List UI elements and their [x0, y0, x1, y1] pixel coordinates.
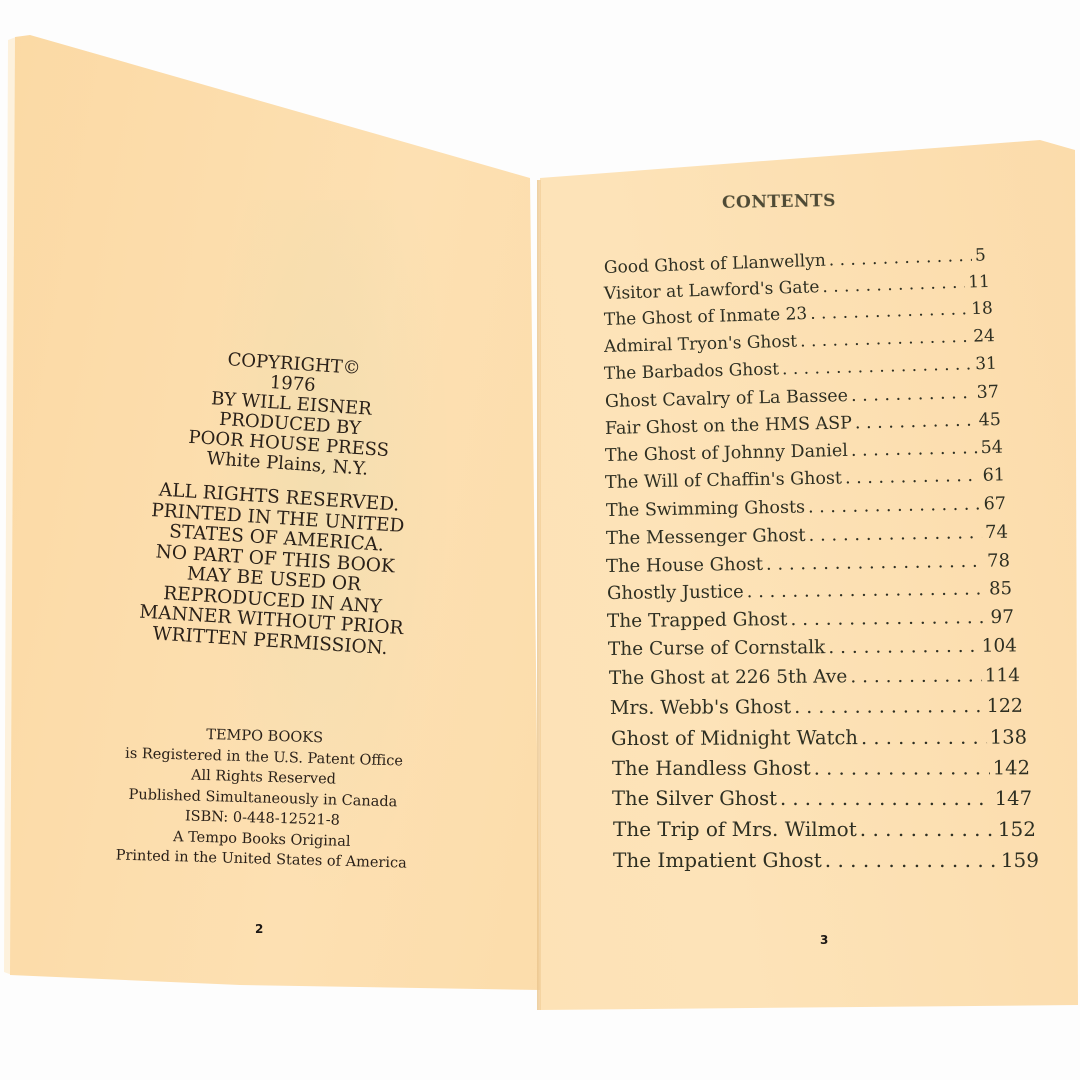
- toc-page: 74: [985, 522, 1008, 543]
- toc-leader: [814, 756, 990, 779]
- toc-leader: [747, 578, 987, 602]
- publisher-imprint: TEMPO BOOKS is Registered in the U.S. Pa…: [96, 722, 430, 875]
- toc-entry: The Trapped Ghost97: [607, 607, 1014, 632]
- toc-page: 24: [973, 326, 995, 347]
- toc-title: The House Ghost: [606, 554, 763, 577]
- toc-entry: Mrs. Webb's Ghost122: [610, 695, 1023, 719]
- page-number-right: 3: [820, 933, 828, 947]
- toc-leader: [828, 636, 979, 658]
- toc-page: 142: [993, 756, 1030, 779]
- toc-title: Ghost of Midnight Watch: [611, 726, 858, 750]
- rights-statement: ALL RIGHTS RESERVED. PRINTED IN THE UNIT…: [110, 478, 440, 662]
- copyright-notice: COPYRIGHT© 1976 BY WILL EISNER PRODUCED …: [142, 345, 439, 484]
- toc-leader: [790, 607, 987, 630]
- toc-entry: The Trip of Mrs. Wilmot152: [613, 817, 1036, 841]
- toc-page: 85: [989, 578, 1012, 599]
- toc-title: The Impatient Ghost: [613, 848, 822, 872]
- toc-leader: [860, 817, 995, 841]
- toc-title: The Trapped Ghost: [607, 609, 788, 632]
- toc-leader: [766, 551, 984, 575]
- toc-leader: [780, 787, 992, 810]
- toc-leader: [855, 411, 976, 434]
- toc-leader: [851, 438, 978, 461]
- toc-title: The Curse of Cornstalk: [608, 637, 826, 660]
- toc-title: The Silver Ghost: [612, 787, 777, 810]
- toc-page: 122: [987, 695, 1023, 717]
- toc-page: 67: [983, 494, 1006, 514]
- toc-entry: The Handless Ghost142: [612, 756, 1030, 780]
- page-number-left: 2: [255, 922, 263, 936]
- toc-page: 31: [975, 354, 997, 375]
- toc-page: 54: [980, 438, 1003, 458]
- toc-title: The Trip of Mrs. Wilmot: [613, 817, 857, 841]
- toc-page: 147: [995, 787, 1032, 810]
- toc-title: The Messenger Ghost: [606, 525, 806, 549]
- toc-entry: The Curse of Cornstalk104: [608, 635, 1017, 660]
- toc-page: 37: [976, 382, 999, 403]
- toc-page: 104: [982, 635, 1017, 656]
- toc-page: 5: [975, 245, 986, 265]
- toc-leader: [861, 726, 987, 749]
- toc-page: 138: [990, 726, 1027, 749]
- toc-leader: [845, 466, 980, 489]
- toc-title: The Handless Ghost: [612, 757, 811, 780]
- toc-entry: The Ghost at 226 5th Ave114: [609, 665, 1020, 689]
- toc-leader: [825, 848, 998, 872]
- toc-page: 78: [987, 550, 1010, 571]
- toc-title: Ghostly Justice: [607, 581, 744, 604]
- toc-page: 97: [990, 607, 1014, 628]
- toc-leader: [850, 665, 982, 687]
- toc-page: 18: [971, 298, 993, 319]
- toc-entry: Ghost of Midnight Watch138: [611, 726, 1027, 750]
- toc-title: The Swimming Ghosts: [606, 498, 805, 521]
- contents-heading: CONTENTS: [722, 191, 836, 213]
- book-photo: COPYRIGHT© 1976 BY WILL EISNER PRODUCED …: [0, 0, 1080, 1080]
- toc-page: 45: [978, 410, 1001, 431]
- toc-page: 61: [982, 465, 1005, 485]
- toc-title: Mrs. Webb's Ghost: [610, 696, 791, 719]
- toc-page: 152: [998, 817, 1036, 841]
- toc-leader: [851, 383, 974, 406]
- toc-entry: The Silver Ghost147: [612, 787, 1032, 810]
- toc-leader: [808, 522, 982, 546]
- toc-leader: [794, 695, 984, 718]
- toc-page: 11: [968, 272, 990, 293]
- toc-entry: The Impatient Ghost159: [613, 848, 1039, 872]
- toc-page: 114: [985, 665, 1020, 686]
- book-gutter: [537, 180, 541, 1010]
- toc-title: The Ghost at 226 5th Ave: [609, 666, 847, 689]
- toc-leader: [808, 494, 981, 517]
- toc-page: 159: [1001, 848, 1039, 872]
